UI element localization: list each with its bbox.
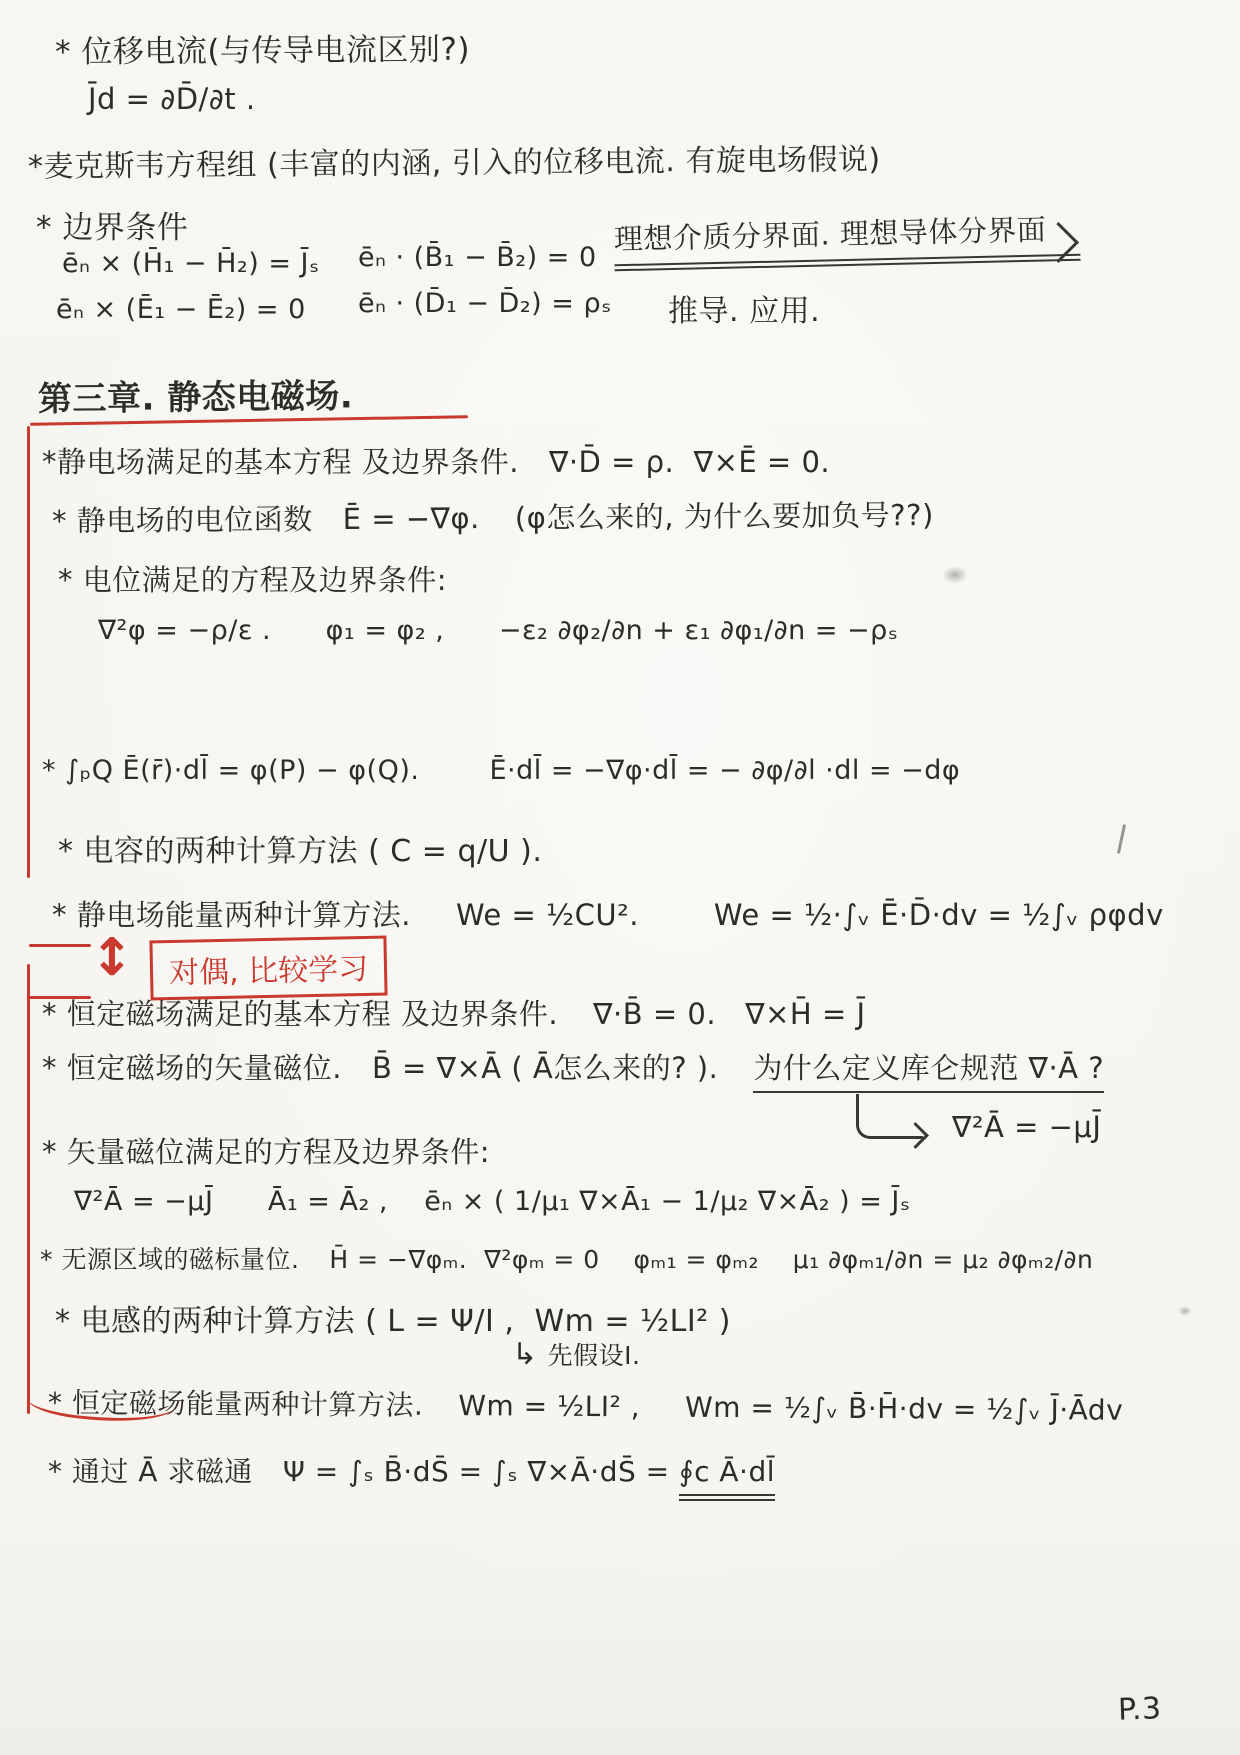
- eq-boundary-b: ēₙ · (B̄₁ − B̄₂) = 0: [358, 242, 597, 273]
- note-magnetostatic-basic-title: * 恒定磁场满足的基本方程 及边界条件.: [42, 992, 558, 1033]
- note-displacement-current-title: * 位移电流(与传导电流区别?): [55, 24, 470, 72]
- red-annotation-box: 对偶, 比较学习: [149, 936, 387, 1001]
- note-capacitance-methods: * 电容的两种计算方法 ( C = q/U ).: [58, 826, 542, 870]
- eq-line-integral-2: Ē·dl̄ = −∇φ·dl̄ = − ∂φ/∂l ·dl = −dφ: [489, 755, 960, 786]
- eq-electrostatic-basic: ∇·D̄ = ρ. ∇×Ē = 0.: [549, 445, 830, 479]
- note-boundary-conditions-title: * 边界条件: [36, 202, 188, 247]
- note-vector-potential: * 恒定磁场的矢量磁位.B̄ = ∇×Ā ( Ā怎么来的? ).为什么定义库仑规…: [42, 1046, 1104, 1093]
- note-flux-from-a: * 通过 Ā 求磁通Ψ = ∫ₛ B̄·dS̄ = ∫ₛ ∇×Ā·dS̄ = ∮…: [48, 1450, 775, 1501]
- note-flux-title: * 通过 Ā 求磁通: [48, 1450, 253, 1490]
- note-maxwell-equations: *麦克斯韦方程组 (丰富的内涵, 引入的位移电流. 有旋电场假说): [28, 134, 881, 185]
- eq-magnetic-energy-2: Wm = ½∫ᵥ B̄·H̄·dv = ½∫ᵥ J̄·Ādv: [685, 1391, 1123, 1427]
- ink-smudge-small: [1178, 1306, 1192, 1316]
- note-derivation-application: 推导. 应用.: [668, 286, 820, 330]
- eq-flux-2: ∮c Ā·dl̄: [679, 1455, 775, 1501]
- note-ideal-interfaces-text: 理想介质分界面. 理想导体分界面: [613, 207, 1081, 272]
- note-potential-question: (φ怎么来的, 为什么要加负号??): [515, 493, 934, 537]
- eq-flux-1: Ψ = ∫ₛ B̄·dS̄ = ∫ₛ ∇×Ā·dS̄ =: [283, 1455, 679, 1488]
- note-magnetic-energy: * 恒定磁场能量两种计算方法.Wm = ½LI² ,Wm = ½∫ᵥ B̄·H̄…: [48, 1381, 1123, 1429]
- note-vector-potential-title: * 恒定磁场的矢量磁位.: [42, 1046, 342, 1087]
- note-potential-function-title: * 静电场的电位函数: [52, 497, 313, 540]
- note-poisson-title: * 电位满足的方程及边界条件:: [58, 558, 447, 599]
- red-margin-bracket-bottom: [27, 964, 30, 1414]
- note-ideal-interfaces: 理想介质分界面. 理想导体分界面: [613, 207, 1081, 272]
- scanned-notes-page: * 位移电流(与传导电流区别?) J̄d = ∂D̄/∂t . *麦克斯韦方程组…: [0, 0, 1240, 1755]
- eq-poisson-boundary: ∇²φ = −ρ/ε . φ₁ = φ₂ , −ε₂ ∂φ₂/∂n + ε₁ ∂…: [98, 615, 898, 646]
- eq-electrostatic-energy-1: We = ½CU².: [456, 898, 639, 932]
- eq-line-integral-1: * ∫ₚQ Ē(r̄)·dl̄ = φ(P) − φ(Q).: [42, 755, 419, 786]
- note-electrostatic-basic-title: *静电场满足的基本方程 及边界条件.: [42, 440, 519, 481]
- note-coulomb-gauge-question: 为什么定义库仑规范 ∇·Ā ?: [753, 1046, 1104, 1093]
- note-assume-current: ↳先假设I.: [512, 1336, 640, 1372]
- page-number: P.3: [1117, 1691, 1162, 1727]
- eq-boundary-e: ēₙ × (Ē₁ − Ē₂) = 0: [56, 294, 306, 325]
- note-line-integral: * ∫ₚQ Ē(r̄)·dl̄ = φ(P) − φ(Q).Ē·dl̄ = −∇…: [42, 755, 960, 786]
- down-right-arrow-icon: ↳: [512, 1337, 538, 1372]
- note-magnetic-energy-title: * 恒定磁场能量两种计算方法.: [48, 1381, 424, 1424]
- note-scalar-potential: * 无源区域的磁标量位.H̄ = −∇φₘ. ∇²φₘ = 0 φₘ₁ = φₘ…: [40, 1240, 1093, 1276]
- stray-pen-mark: [1117, 824, 1126, 854]
- note-vp-boundary-title: * 矢量磁位满足的方程及边界条件:: [42, 1130, 490, 1171]
- note-electrostatic-energy: * 静电场能量两种计算方法.We = ½CU².We = ½·∫ᵥ Ē·D̄·d…: [52, 893, 1164, 934]
- eq-vp-boundary: ∇²Ā = −μJ̄ Ā₁ = Ā₂ , ēₙ × ( 1/μ₁ ∇×Ā₁ − …: [74, 1186, 910, 1217]
- chapter-title: 第三章. 静态电磁场.: [38, 368, 354, 420]
- red-double-arrow-icon: ↕: [90, 928, 134, 988]
- formula-displacement-current: J̄d = ∂D̄/∂t .: [88, 82, 256, 116]
- eq-electrostatic-energy-2: We = ½·∫ᵥ Ē·D̄·dv = ½∫ᵥ ρφdv: [714, 898, 1164, 932]
- note-magnetostatic-basic: * 恒定磁场满足的基本方程 及边界条件.∇·B̄ = 0. ∇×H̄ = J̄: [42, 992, 866, 1033]
- note-scalar-potential-title: * 无源区域的磁标量位.: [40, 1240, 299, 1276]
- eq-boundary-d: ēₙ · (D̄₁ − D̄₂) = ρₛ: [358, 288, 612, 319]
- eq-magnetostatic-basic: ∇·B̄ = 0. ∇×H̄ = J̄: [593, 997, 865, 1031]
- red-connector-top: [29, 944, 91, 947]
- eq-gauge-result: ∇²Ā = −μJ̄: [952, 1110, 1101, 1144]
- eq-vector-potential: B̄ = ∇×Ā ( Ā怎么来的? ).: [372, 1046, 718, 1087]
- note-assume-current-text: 先假设I.: [548, 1336, 641, 1372]
- eq-scalar-potential: H̄ = −∇φₘ. ∇²φₘ = 0 φₘ₁ = φₘ₂ μ₁ ∂φₘ₁/∂n…: [329, 1245, 1093, 1274]
- note-electrostatic-basic: *静电场满足的基本方程 及边界条件.∇·D̄ = ρ. ∇×Ē = 0.: [42, 440, 830, 481]
- eq-potential-function: Ē = −∇φ.: [343, 501, 480, 536]
- note-inductance-methods: * 电感的两种计算方法 ( L = Ψ/I , Wm = ½LI² ): [55, 1296, 731, 1340]
- eq-magnetic-energy-1: Wm = ½LI² ,: [458, 1389, 640, 1423]
- eq-boundary-h: ēₙ × (H̄₁ − H̄₂) = J̄ₛ: [62, 248, 320, 279]
- ink-smudge: [942, 566, 968, 584]
- note-potential-function: * 静电场的电位函数Ē = −∇φ.(φ怎么来的, 为什么要加负号??): [52, 493, 934, 540]
- red-margin-bracket-top: [27, 426, 30, 878]
